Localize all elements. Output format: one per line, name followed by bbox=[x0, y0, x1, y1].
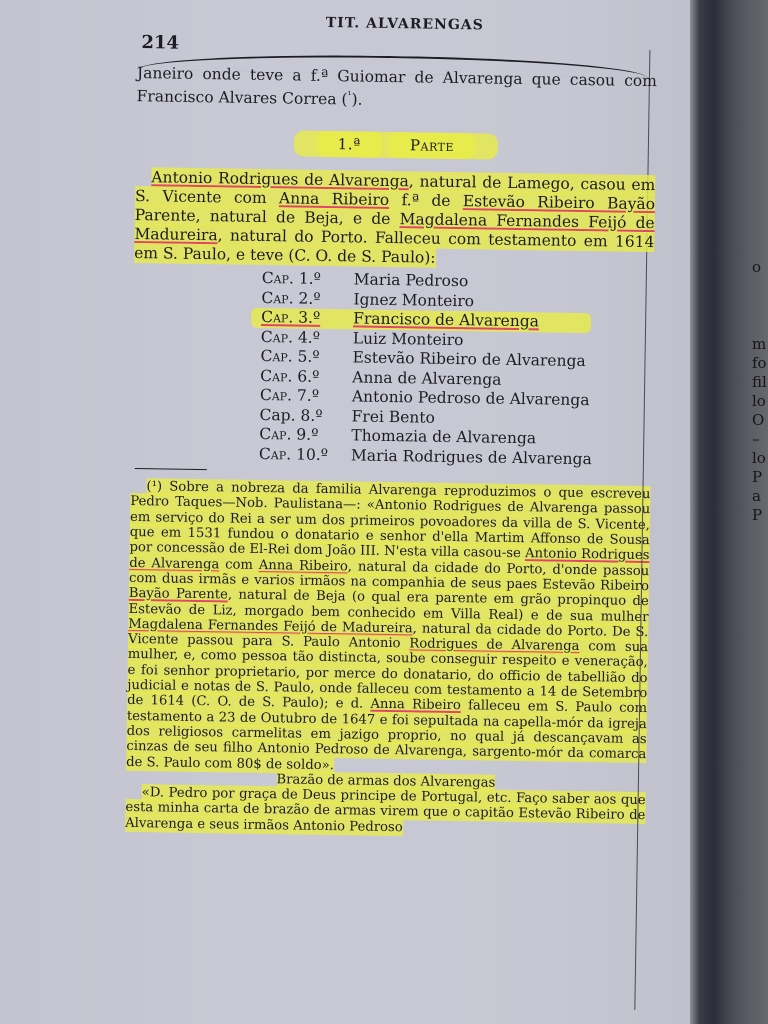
intro-text: f.ª de bbox=[389, 191, 463, 210]
chapter-label: Cap. 10.º bbox=[259, 445, 351, 466]
chapter-label: Cap. 7.º bbox=[260, 386, 352, 407]
running-head: 214 TIT. ALVARENGAS bbox=[137, 8, 658, 68]
chapter-label: Cap. 2.º bbox=[261, 289, 353, 310]
running-title: TIT. ALVARENGAS bbox=[326, 15, 484, 33]
facing-fragment: lo bbox=[752, 449, 768, 468]
continuation-text-end: ). bbox=[351, 91, 362, 109]
footnote-text: com bbox=[219, 557, 259, 573]
person-name-estevao-ribeiro: Estevão Ribeiro Bayão bbox=[463, 192, 655, 213]
continuation-paragraph: Janeiro onde teve a f.ª Guiomar de Alvar… bbox=[136, 64, 657, 114]
facing-fragment: o bbox=[752, 258, 768, 277]
facing-fragment: P bbox=[752, 468, 768, 487]
person-name-bayao-parente: Bayão Parente bbox=[129, 586, 228, 603]
chapter-label: Cap. 1.º bbox=[262, 269, 354, 290]
chapter-label: Cap. 9.º bbox=[259, 425, 351, 446]
chapter-label: Cap. 3.º bbox=[261, 308, 353, 329]
footnote-paragraph: (¹) Sobre a nobreza da familia Alvarenga… bbox=[126, 479, 651, 778]
chapter-label: Cap. 6.º bbox=[260, 367, 352, 388]
chapter-name: Maria Rodrigues de Alvarenga bbox=[351, 446, 592, 469]
chapter-name: Anna de Alvarenga bbox=[352, 368, 502, 390]
chapter-name: Frei Bento bbox=[351, 407, 435, 428]
facing-fragment-gap bbox=[752, 277, 768, 335]
page-content: 214 TIT. ALVARENGAS Janeiro onde teve a … bbox=[125, 8, 658, 839]
chapter-name: Maria Pedroso bbox=[354, 271, 469, 292]
chapter-label: Cap. 5.º bbox=[260, 347, 352, 368]
chapter-name: Luiz Monteiro bbox=[353, 329, 464, 350]
person-name-anna-ribeiro: Anna Ribeiro bbox=[279, 189, 389, 209]
part-number: 1.ª bbox=[316, 131, 383, 158]
arms-text: «D. Pedro por graça de Deus principe de … bbox=[125, 784, 646, 836]
intro-paragraph: Antonio Rodrigues de Alvarenga, natural … bbox=[134, 168, 655, 271]
facing-fragment: a bbox=[752, 487, 768, 506]
person-name-anna-ribeiro: Anna Ribeiro bbox=[259, 558, 348, 574]
chapter-list: Cap. 1.ºMaria Pedroso Cap. 2.ºIgnez Mont… bbox=[259, 269, 654, 470]
footnote-marker: (¹) bbox=[146, 479, 162, 494]
part-heading: 1.ª Parte bbox=[136, 132, 656, 158]
chapter-label: Cap. 8.º bbox=[259, 406, 351, 427]
facing-fragment: O bbox=[752, 411, 768, 430]
page-number: 214 bbox=[141, 32, 179, 54]
facing-fragment: m bbox=[752, 335, 768, 354]
continuation-text: Janeiro onde teve a f.ª Guiomar de Alvar… bbox=[136, 64, 657, 108]
person-name-anna-ribeiro: Anna Ribeiro bbox=[370, 697, 461, 713]
facing-fragment: fo bbox=[752, 354, 768, 373]
chapter-label: Cap. 4.º bbox=[261, 328, 353, 349]
facing-fragment: – bbox=[752, 430, 768, 449]
facing-fragment: fil bbox=[752, 373, 768, 392]
footnote-divider bbox=[135, 468, 207, 470]
facing-page-fragments: o m fo fil lo O – lo P a P bbox=[752, 258, 768, 525]
facing-fragment: lo bbox=[752, 392, 768, 411]
chapter-name: Ignez Monteiro bbox=[353, 290, 474, 311]
arms-paragraph: «D. Pedro por graça de Deus principe de … bbox=[125, 785, 646, 839]
part-label: Parte bbox=[388, 132, 476, 159]
facing-fragment: P bbox=[752, 506, 768, 525]
